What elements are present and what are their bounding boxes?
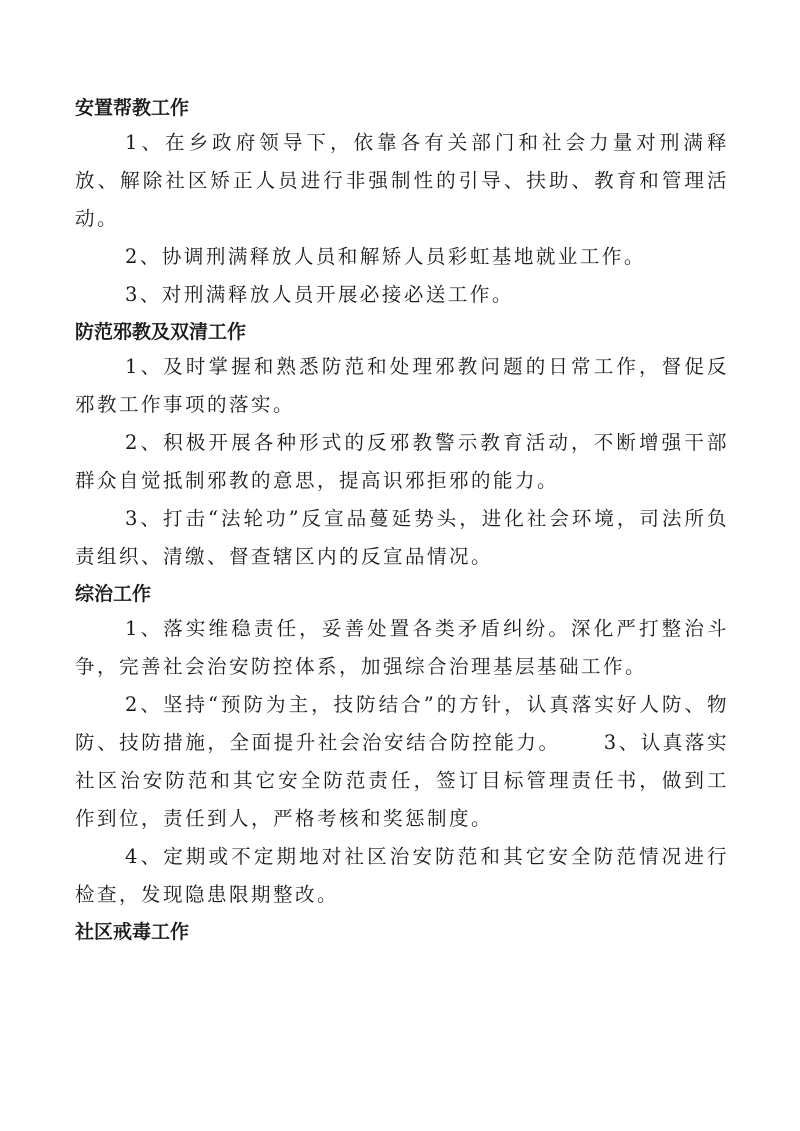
paragraph: 2、协调刑满释放人员和解矫人员彩虹基地就业工作。 (75, 238, 729, 276)
paragraph: 2、积极开展各种形式的反邪教警示教育活动，不断增强干部群众自觉抵制邪教的意思，提… (75, 424, 729, 500)
paragraph: 1、在乡政府领导下，依靠各有关部门和社会力量对刑满释放、解除社区矫正人员进行非强… (75, 124, 729, 238)
section-anti-cult: 防范邪教及双清工作 1、及时掌握和熟悉防范和处理邪教问题的日常工作，督促反邪教工… (75, 316, 729, 576)
paragraph: 3、对刑满释放人员开展必接必送工作。 (75, 276, 729, 314)
paragraph: 1、及时掌握和熟悉防范和处理邪教问题的日常工作，督促反邪教工作事项的落实。 (75, 348, 729, 424)
section-heading: 防范邪教及双清工作 (75, 316, 729, 348)
paragraph: 1、落实维稳责任，妥善处置各类矛盾纠纷。深化严打整治斗争，完善社会治安防控体系，… (75, 610, 729, 686)
paragraph: 4、定期或不定期地对社区治安防范和其它安全防范情况进行检查，发现隐患限期整改。 (75, 838, 729, 914)
paragraph: 2、坚持“预防为主，技防结合”的方针，认真落实好人防、物防、技防措施，全面提升社… (75, 686, 729, 838)
section-comprehensive-governance: 综治工作 1、落实维稳责任，妥善处置各类矛盾纠纷。深化严打整治斗争，完善社会治安… (75, 578, 729, 914)
section-heading: 综治工作 (75, 578, 729, 610)
paragraph: 3、打击“法轮功”反宣品蔓延势头，进化社会环境，司法所负责组织、清缴、督查辖区内… (75, 500, 729, 576)
section-heading: 安置帮教工作 (75, 92, 729, 124)
section-resettlement: 安置帮教工作 1、在乡政府领导下，依靠各有关部门和社会力量对刑满释放、解除社区矫… (75, 92, 729, 314)
section-heading: 社区戒毒工作 (75, 916, 729, 948)
document-page: 安置帮教工作 1、在乡政府领导下，依靠各有关部门和社会力量对刑满释放、解除社区矫… (75, 92, 729, 950)
section-drug-rehab: 社区戒毒工作 (75, 916, 729, 948)
